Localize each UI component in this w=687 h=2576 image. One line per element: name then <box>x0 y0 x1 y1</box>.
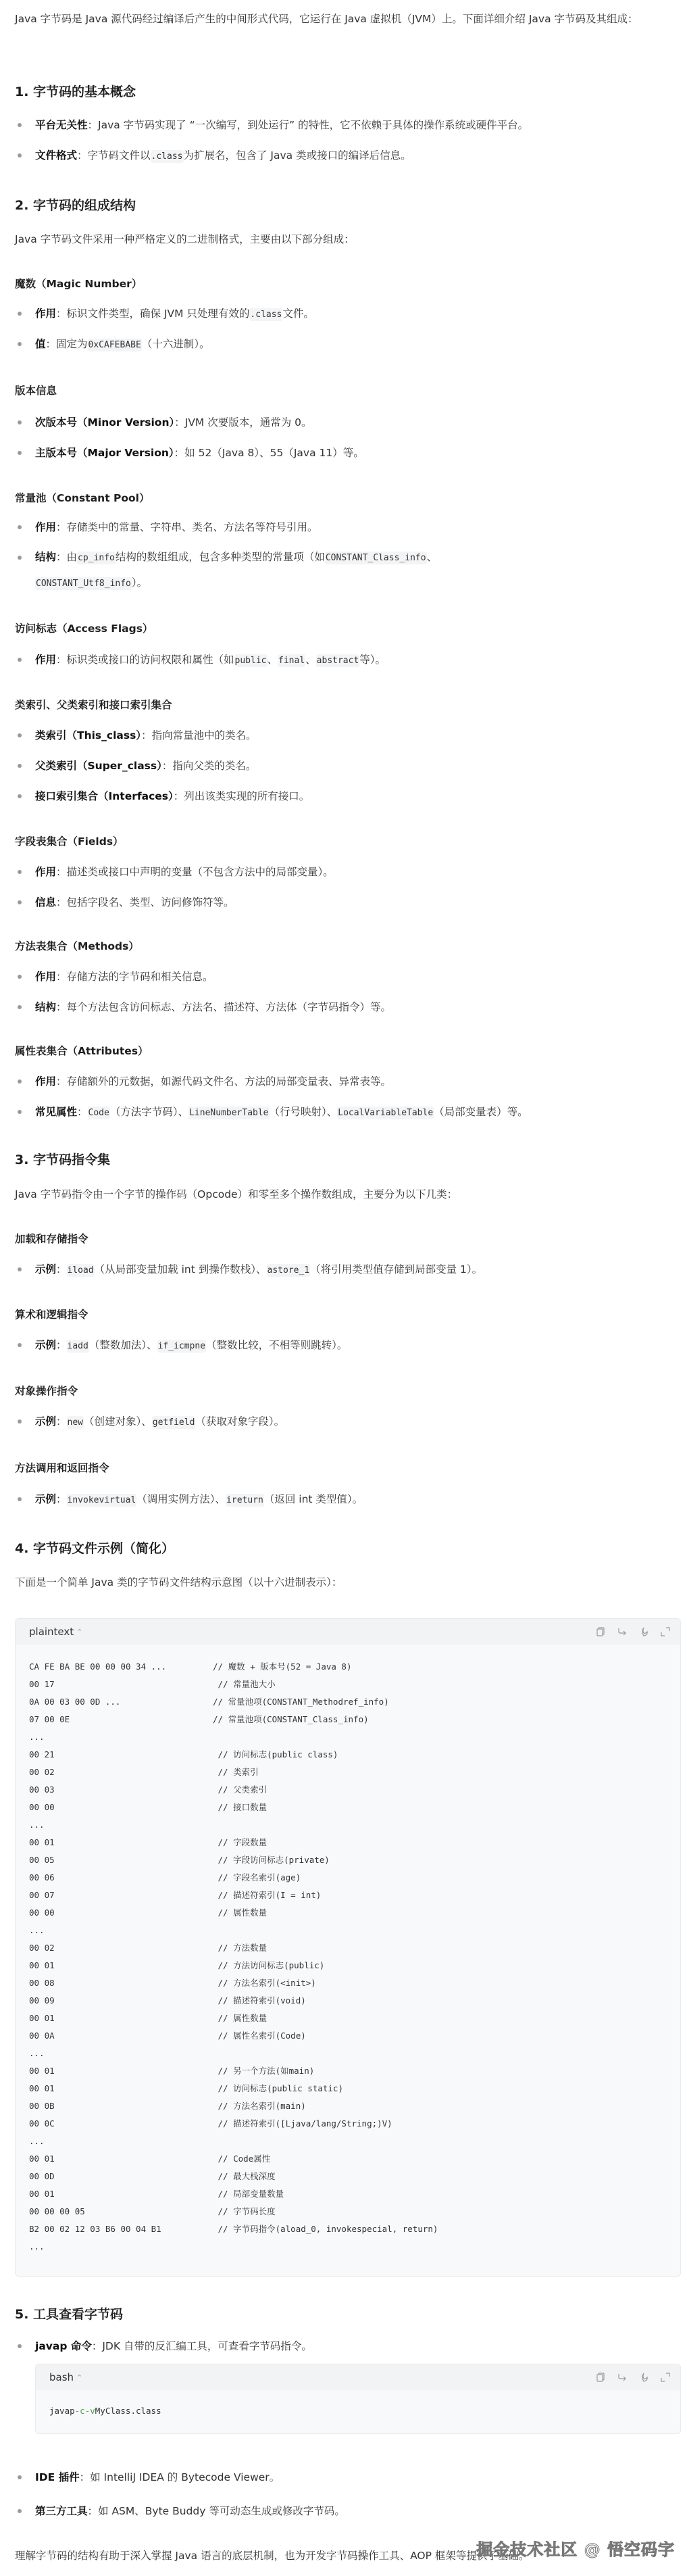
item-text: ：存储额外的元数据，如源代码文件名、方法的局部变量表、异常表等。 <box>56 1075 391 1088</box>
code-line: ... <box>29 1728 667 1746</box>
code-hex: 00 00 <box>29 1799 213 1816</box>
code-body: CA FE BA BE 00 00 00 34 ...// 魔数 + 版本号(5… <box>16 1645 680 2269</box>
code-comment: // 最大栈深度 <box>213 2168 667 2185</box>
code-comment: // 描述符索引([Ljava/lang/String;)V) <box>213 2115 667 2133</box>
item-key: 常见属性 <box>35 1106 77 1118</box>
code-comment: // 常量池项(CONSTANT_Methodref_info) <box>213 1693 667 1711</box>
inline-code: Code <box>88 1107 110 1119</box>
code-hex: 00 01 <box>29 1957 213 1974</box>
list-item: 示例：new（创建对象）、getfield（获取对象字段）。 <box>15 1413 682 1443</box>
code-hex: ... <box>29 1728 213 1746</box>
section-3-intro: Java 字节码指令由一个字节的操作码（Opcode）和零至多个操作数组成，主要… <box>15 1184 457 1206</box>
inline-code: invokevirtual <box>67 1494 137 1507</box>
item-text: （创建对象）、 <box>84 1415 152 1428</box>
code-line: 00 09 // 描述符索引(void) <box>29 1992 667 2010</box>
code-hex: 00 0B <box>29 2097 213 2115</box>
tools-list: IDE 插件：如 IntelliJ IDEA 的 Bytecode Viewer… <box>15 2469 682 2533</box>
code-line: javap -c -v MyClass.class <box>49 2402 667 2420</box>
code-comment <box>213 2238 667 2256</box>
code-comment <box>213 1816 667 1834</box>
code-line: 00 08 // 方法名索引(<init>) <box>29 1974 667 1992</box>
code-comment: // 描述符索引(I = int) <box>213 1887 667 1904</box>
code-hex: 00 02 <box>29 1939 213 1957</box>
object-heading: 对象操作指令 <box>15 1382 78 1400</box>
inline-code: CONSTANT_Utf8_info <box>35 577 132 590</box>
code-toolbar <box>595 2372 671 2383</box>
item-key: 作用 <box>35 1075 56 1088</box>
inline-code: abstract <box>316 654 360 667</box>
code-line: 00 06 // 字段名索引(age) <box>29 1869 667 1887</box>
item-key: 作用 <box>35 971 56 983</box>
code-line: 00 01 // 字段数量 <box>29 1834 667 1851</box>
attributes-list: 作用：存储额外的元数据，如源代码文件名、方法的局部变量表、异常表等。 常见属性：… <box>15 1073 682 1134</box>
code-comment: // 描述符索引(void) <box>213 1992 667 2010</box>
item-key: 信息 <box>35 896 56 908</box>
code-comment: // 类索引 <box>213 1764 667 1781</box>
item-text: 结构的数组组成，包含多种类型的常量项（如 <box>116 551 325 563</box>
code-comment <box>213 1728 667 1746</box>
code-hex: 00 01 <box>29 2150 213 2168</box>
code-hex: 00 01 <box>29 2080 213 2097</box>
item-text: （从局部变量加载 int 到操作数栈）、 <box>95 1263 267 1275</box>
code-hex: 00 08 <box>29 1974 213 1992</box>
inline-code: LineNumberTable <box>188 1107 269 1119</box>
item-text: （将引用类型值存储到局部变量 1）。 <box>310 1263 482 1275</box>
code-comment: // 另一个方法(如main) <box>213 2062 667 2080</box>
inline-code: .class <box>249 308 282 321</box>
list-item: 父类索引（Super_class）：指向父类的类名。 <box>15 757 682 787</box>
code-hex: 00 17 <box>29 1676 213 1693</box>
item-key: 示例 <box>35 1493 56 1505</box>
item-text: （方法字节码）、 <box>110 1106 188 1118</box>
code-comment <box>213 1922 667 1939</box>
code-line: 00 03 // 父类索引 <box>29 1781 667 1799</box>
item-text: ：固定为 <box>46 338 88 350</box>
item-text: （整数加法）、 <box>89 1339 157 1351</box>
code-comment: // 字段名索引(age) <box>213 1869 667 1887</box>
version-list: 次版本号（Minor Version）：JVM 次要版本，通常为 0。 主版本号… <box>15 414 682 475</box>
section-2-intro: Java 字节码文件采用一种严格定义的二进制格式，主要由以下部分组成： <box>15 228 355 251</box>
code-toolbar <box>595 1626 671 1637</box>
item-key: 平台无关性 <box>35 119 88 131</box>
item-text: ：JDK 自带的反汇编工具，可查看字节码指令。 <box>92 2340 312 2352</box>
list-item: 平台无关性：Java 字节码实现了 “一次编写，到处运行” 的特性，它不依赖于具… <box>15 116 682 147</box>
code-block-plaintext: plaintext ⌃ CA FE BA BE 00 00 00 34 .../… <box>15 1618 681 2277</box>
item-key: 文件格式 <box>35 149 77 162</box>
inline-code: CONSTANT_Class_info <box>325 552 427 564</box>
code-line: ... <box>29 2238 667 2256</box>
code-comment: // 魔数 + 版本号(52 = Java 8) <box>213 1658 667 1676</box>
code-line: 00 17 // 常量池大小 <box>29 1676 667 1693</box>
code-line: 00 0B // 方法名索引(main) <box>29 2097 667 2115</box>
code-line: 00 00 00 05 // 字节码长度 <box>29 2203 667 2220</box>
code-hex: ... <box>29 2045 213 2062</box>
item-text: ：Java 字节码实现了 “一次编写，到处运行” 的特性，它不依赖于具体的操作系… <box>88 119 529 131</box>
code-hex: 00 01 <box>29 2062 213 2080</box>
item-key: 示例 <box>35 1415 56 1428</box>
code-hex: 00 21 <box>29 1746 213 1764</box>
list-item: 作用：存储方法的字节码和相关信息。 <box>15 968 682 998</box>
wrap-icon[interactable] <box>617 2372 628 2383</box>
list-item: 常见属性：Code（方法字节码）、LineNumberTable（行号映射）、L… <box>15 1103 682 1134</box>
code-line: 00 01 // 访问标志(public static) <box>29 2080 667 2097</box>
section-2-title: 2. 字节码的组成结构 <box>15 196 136 215</box>
code-hex: 00 00 <box>29 1904 213 1922</box>
code-language-toggle[interactable]: plaintext ⌃ <box>29 1626 82 1638</box>
class-index-list: 类索引（This_class）：指向常量池中的类名。 父类索引（Super_cl… <box>15 727 682 818</box>
inline-code: iadd <box>67 1340 89 1353</box>
version-heading: 版本信息 <box>15 382 57 399</box>
code-hex: 00 03 <box>29 1781 213 1799</box>
attributes-heading: 属性表集合（Attributes） <box>15 1042 149 1060</box>
copy-icon[interactable] <box>595 2372 606 2383</box>
list-item: 示例：invokevirtual（调用实例方法）、ireturn（返回 int … <box>15 1490 682 1521</box>
item-text: 为扩展名，包含了 Java 类或接口的编译后信息。 <box>184 149 411 162</box>
code-comment: // 方法名索引(main) <box>213 2097 667 2115</box>
command-flag: -v <box>85 2402 95 2420</box>
inline-code: astore_1 <box>267 1264 311 1277</box>
item-key: 主版本号（Major Version） <box>35 447 174 459</box>
code-comment: // 字段数量 <box>213 1834 667 1851</box>
code-line: 00 01 // Code属性 <box>29 2150 667 2168</box>
code-hex: B2 00 02 12 03 B6 00 04 B1 <box>29 2220 213 2238</box>
list-item: 作用：存储额外的元数据，如源代码文件名、方法的局部变量表、异常表等。 <box>15 1073 682 1103</box>
item-text: ：描述类或接口中声明的变量（不包含方法中的局部变量）。 <box>56 866 334 878</box>
item-text: ：如 52（Java 8）、55（Java 11）等。 <box>174 447 364 459</box>
code-line: 00 01 // 局部变量数量 <box>29 2185 667 2203</box>
code-hex: ... <box>29 1816 213 1834</box>
code-hex: 00 01 <box>29 1834 213 1851</box>
item-text: ：字节码文件以 <box>77 149 151 162</box>
item-text: ：如 IntelliJ IDEA 的 Bytecode Viewer。 <box>80 2471 280 2483</box>
fullscreen-icon[interactable] <box>660 2372 671 2383</box>
inline-code: LocalVariableTable <box>337 1107 434 1119</box>
class-index-heading: 类索引、父类索引和接口索引集合 <box>15 696 172 714</box>
intro-paragraph: Java 字节码是 Java 源代码经过编译后产生的中间形式代码，它运行在 Ja… <box>15 8 682 30</box>
command-argument: MyClass.class <box>95 2402 161 2420</box>
code-line: 00 21 // 访问标志(public class) <box>29 1746 667 1764</box>
code-comment: // 访问标志(public class) <box>213 1746 667 1764</box>
list-item: 作用：标识类或接口的访问权限和属性（如public、final、abstract… <box>15 651 682 681</box>
list-item: 示例：iload（从局部变量加载 int 到操作数栈）、astore_1（将引用… <box>15 1261 682 1291</box>
section-1-list: 平台无关性：Java 字节码实现了 “一次编写，到处运行” 的特性，它不依赖于具… <box>15 116 682 177</box>
load-store-list: 示例：iload（从局部变量加载 int 到操作数栈）、astore_1（将引用… <box>15 1261 682 1291</box>
code-line: ... <box>29 2045 667 2062</box>
item-key: 作用 <box>35 654 56 666</box>
code-hex: 00 01 <box>29 2185 213 2203</box>
list-item: 结构：由cp_info结构的数组组成，包含多种类型的常量项（如CONSTANT_… <box>15 545 663 596</box>
list-item: 文件格式：字节码文件以.class为扩展名，包含了 Java 类或接口的编译后信… <box>15 147 682 177</box>
item-text: ：指向常量池中的类名。 <box>141 729 257 742</box>
constant-pool-list: 作用：存储类中的常量、字符串、类名、方法名等符号引用。 结构：由cp_info结… <box>15 518 663 596</box>
item-key: 结构 <box>35 1001 56 1013</box>
code-hex: 00 05 <box>29 1851 213 1869</box>
list-item: 主版本号（Major Version）：如 52（Java 8）、55（Java… <box>15 444 682 475</box>
code-hex: 00 01 <box>29 2010 213 2027</box>
code-line: 00 07 // 描述符索引(I = int) <box>29 1887 667 1904</box>
magic-number-list: 作用：标识文件类型，确保 JVM 只处理有效的.class文件。 值：固定为0x… <box>15 305 682 366</box>
code-hex: 00 07 <box>29 1887 213 1904</box>
section-1-title: 1. 字节码的基本概念 <box>15 82 136 101</box>
item-text: 、 <box>268 654 278 666</box>
list-item: 作用：标识文件类型，确保 JVM 只处理有效的.class文件。 <box>15 305 682 335</box>
inline-code: cp_info <box>77 552 116 564</box>
code-hex: 00 0C <box>29 2115 213 2133</box>
item-key: 类索引（This_class） <box>35 729 141 742</box>
code-hex: CA FE BA BE 00 00 00 34 ... <box>29 1658 213 1676</box>
item-key: 值 <box>35 338 46 350</box>
inline-code: 0xCAFEBABE <box>88 339 142 351</box>
list-item: 信息：包括字段名、类型、访问修饰符等。 <box>15 894 682 924</box>
list-item: 结构：每个方法包含访问标志、方法名、描述符、方法体（字节码指令）等。 <box>15 998 682 1029</box>
code-line: ... <box>29 1922 667 1939</box>
inline-code: ireturn <box>226 1494 264 1507</box>
inline-code: public <box>234 654 268 667</box>
item-text: 等）。 <box>359 654 386 666</box>
code-line: 00 0A // 属性名索引(Code) <box>29 2027 667 2045</box>
magic-number-heading: 魔数（Magic Number） <box>15 275 142 293</box>
code-line: 00 0C // 描述符索引([Ljava/lang/String;)V) <box>29 2115 667 2133</box>
arith-list: 示例：iadd（整数加法）、if_icmpne（整数比较，不相等则跳转）。 <box>15 1336 682 1367</box>
item-key: javap 命令 <box>35 2340 92 2352</box>
item-key: 结构 <box>35 551 56 563</box>
code-comment: // 字段访问标志(private) <box>213 1851 667 1869</box>
code-block-header: plaintext ⌃ <box>16 1619 680 1645</box>
code-hex: 0A 00 03 00 0D ... <box>29 1693 213 1711</box>
code-language-toggle[interactable]: bash ⌃ <box>49 2371 82 2383</box>
list-item: 类索引（This_class）：指向常量池中的类名。 <box>15 727 682 757</box>
methods-list: 作用：存储方法的字节码和相关信息。 结构：每个方法包含访问标志、方法名、描述符、… <box>15 968 682 1029</box>
arith-heading: 算术和逻辑指令 <box>15 1306 88 1323</box>
code-block-header: bash ⌃ <box>36 2364 680 2390</box>
code-hex: 00 06 <box>29 1869 213 1887</box>
item-text: 、 <box>427 551 438 563</box>
code-line: 00 02 // 类索引 <box>29 1764 667 1781</box>
list-item: IDE 插件：如 IntelliJ IDEA 的 Bytecode Viewer… <box>15 2469 682 2502</box>
section-3-title: 3. 字节码指令集 <box>15 1150 110 1169</box>
item-key: 示例 <box>35 1339 56 1351</box>
code-comment: // 方法数量 <box>213 1939 667 1957</box>
code-comment: // 接口数量 <box>213 1799 667 1816</box>
invoke-list: 示例：invokevirtual（调用实例方法）、ireturn（返回 int … <box>15 1490 682 1521</box>
inline-code: .class <box>151 150 184 163</box>
inline-code: getfield <box>152 1416 196 1429</box>
command: javap <box>49 2402 75 2420</box>
code-line: 00 05 // 字段访问标志(private) <box>29 1851 667 1869</box>
code-comment: // 局部变量数量 <box>213 2185 667 2203</box>
section-4-intro: 下面是一个简单 Java 类的字节码文件结构示意图（以十六进制表示）： <box>15 1572 342 1594</box>
item-text: ：存储方法的字节码和相关信息。 <box>56 971 213 983</box>
item-key: 作用 <box>35 521 56 533</box>
copy-icon[interactable] <box>595 1626 606 1637</box>
item-text: ：JVM 次要版本，通常为 0。 <box>174 416 311 429</box>
chevron-up-icon: ⌃ <box>76 1628 82 1636</box>
code-line: 00 00 // 属性数量 <box>29 1904 667 1922</box>
code-language-label: plaintext <box>29 1626 74 1638</box>
item-text: ：如 ASM、Byte Buddy 等可动态生成或修改字节码。 <box>88 2505 345 2517</box>
item-text: （局部变量表）等。 <box>434 1106 528 1118</box>
load-store-heading: 加载和存储指令 <box>15 1230 88 1248</box>
item-text: ： <box>77 1106 88 1118</box>
code-comment: // 方法访问标志(public) <box>213 1957 667 1974</box>
code-hex: ... <box>29 2133 213 2150</box>
access-flags-heading: 访问标志（Access Flags） <box>15 620 153 637</box>
item-text: （获取对象字段）。 <box>195 1415 284 1428</box>
theme-moon-icon[interactable] <box>638 1626 649 1637</box>
item-key: 接口索引集合（Interfaces） <box>35 790 174 802</box>
list-item: 第三方工具：如 ASM、Byte Buddy 等可动态生成或修改字节码。 <box>15 2502 682 2533</box>
item-text: ：每个方法包含访问标志、方法名、描述符、方法体（字节码指令）等。 <box>56 1001 391 1013</box>
access-flags-list: 作用：标识类或接口的访问权限和属性（如public、final、abstract… <box>15 651 682 681</box>
item-text: ：标识文件类型，确保 JVM 只处理有效的 <box>56 308 249 320</box>
item-key: 次版本号（Minor Version） <box>35 416 174 429</box>
fields-heading: 字段表集合（Fields） <box>15 833 124 850</box>
item-text: ：存储类中的常量、字符串、类名、方法名等符号引用。 <box>56 521 318 533</box>
code-comment: // 父类索引 <box>213 1781 667 1799</box>
code-line: ... <box>29 2133 667 2150</box>
code-hex: 00 0D <box>29 2168 213 2185</box>
section-5-title: 5. 工具查看字节码 <box>15 2305 123 2324</box>
code-comment: // 属性名索引(Code) <box>213 2027 667 2045</box>
item-text: 文件。 <box>282 308 314 320</box>
item-text: （行号映射）、 <box>270 1106 338 1118</box>
item-key: 作用 <box>35 866 56 878</box>
item-text: （十六进制）。 <box>142 338 210 350</box>
code-hex: ... <box>29 1922 213 1939</box>
code-hex: 00 09 <box>29 1992 213 2010</box>
item-key: IDE 插件 <box>35 2471 80 2483</box>
theme-moon-icon[interactable] <box>638 2372 649 2383</box>
wrap-icon[interactable] <box>617 1626 628 1637</box>
code-comment <box>213 2133 667 2150</box>
code-line: 0A 00 03 00 0D ...// 常量池项(CONSTANT_Metho… <box>29 1693 667 1711</box>
code-line: 00 0D // 最大栈深度 <box>29 2168 667 2185</box>
invoke-heading: 方法调用和返回指令 <box>15 1459 109 1477</box>
item-key: 示例 <box>35 1263 56 1275</box>
code-hex: ... <box>29 2238 213 2256</box>
conclusion-paragraph: 理解字节码的结构有助于深入掌握 Java 语言的底层机制，也为开发字节码操作工具… <box>15 2545 529 2567</box>
methods-heading: 方法表集合（Methods） <box>15 938 139 955</box>
item-key: 父类索引（Super_class） <box>35 760 162 772</box>
code-line: 00 00 // 接口数量 <box>29 1799 667 1816</box>
list-item: 次版本号（Minor Version）：JVM 次要版本，通常为 0。 <box>15 414 682 444</box>
item-text: 、 <box>305 654 316 666</box>
code-line: 00 02 // 方法数量 <box>29 1939 667 1957</box>
code-hex: 00 00 00 05 <box>29 2203 213 2220</box>
chevron-up-icon: ⌃ <box>76 2373 82 2382</box>
code-comment: // 常量池项(CONSTANT_Class_info) <box>213 1711 667 1728</box>
item-text: ：列出该类实现的所有接口。 <box>174 790 310 802</box>
section-4-title: 4. 字节码文件示例（简化） <box>15 1539 174 1558</box>
code-line: 00 01 // 另一个方法(如main) <box>29 2062 667 2080</box>
code-comment: // Code属性 <box>213 2150 667 2168</box>
item-text: （调用实例方法）、 <box>136 1493 226 1505</box>
item-key: 作用 <box>35 308 56 320</box>
fields-list: 作用：描述类或接口中声明的变量（不包含方法中的局部变量）。 信息：包括字段名、类… <box>15 863 682 924</box>
code-comment <box>213 2045 667 2062</box>
list-item: 接口索引集合（Interfaces）：列出该类实现的所有接口。 <box>15 787 682 818</box>
code-body: javap -c -v MyClass.class <box>36 2390 680 2432</box>
code-hex: 00 0A <box>29 2027 213 2045</box>
item-text: （整数比较，不相等则跳转）。 <box>206 1339 347 1351</box>
code-block-bash: bash ⌃ javap -c -v MyClass.class <box>35 2364 681 2434</box>
list-item: 示例：iadd（整数加法）、if_icmpne（整数比较，不相等则跳转）。 <box>15 1336 682 1367</box>
code-line: 00 01 // 属性数量 <box>29 2010 667 2027</box>
code-comment: // 常量池大小 <box>213 1676 667 1693</box>
code-language-label: bash <box>49 2371 74 2383</box>
item-text: ：包括字段名、类型、访问修饰符等。 <box>56 896 234 908</box>
item-text: ：指向父类的类名。 <box>162 760 257 772</box>
code-hex: 00 02 <box>29 1764 213 1781</box>
inline-code: new <box>67 1416 84 1429</box>
code-comment: // 字节码长度 <box>213 2203 667 2220</box>
code-comment: // 属性数量 <box>213 2010 667 2027</box>
item-text: （返回 int 类型值）。 <box>264 1493 363 1505</box>
command-flag: -c <box>75 2402 85 2420</box>
list-item: 值：固定为0xCAFEBABE（十六进制）。 <box>15 335 682 366</box>
code-hex: 07 00 0E <box>29 1711 213 1728</box>
inline-code: final <box>278 654 305 667</box>
code-comment: // 访问标志(public static) <box>213 2080 667 2097</box>
code-comment: // 方法名索引(<init>) <box>213 1974 667 1992</box>
code-line: ... <box>29 1816 667 1834</box>
inline-code: iload <box>67 1264 95 1277</box>
code-line: 07 00 0E// 常量池项(CONSTANT_Class_info) <box>29 1711 667 1728</box>
item-key: 第三方工具 <box>35 2505 88 2517</box>
object-list: 示例：new（创建对象）、getfield（获取对象字段）。 <box>15 1413 682 1443</box>
code-line: 00 01 // 方法访问标志(public) <box>29 1957 667 1974</box>
code-comment: // 属性数量 <box>213 1904 667 1922</box>
list-item: 作用：描述类或接口中声明的变量（不包含方法中的局部变量）。 <box>15 863 682 894</box>
item-text: ：标识类或接口的访问权限和属性（如 <box>56 654 234 666</box>
fullscreen-icon[interactable] <box>660 1626 671 1637</box>
item-text: ：由 <box>56 551 77 563</box>
inline-code: if_icmpne <box>157 1340 206 1353</box>
code-comment: // 字节码指令(aload_0, invokespecial, return) <box>213 2220 667 2238</box>
constant-pool-heading: 常量池（Constant Pool） <box>15 489 149 507</box>
item-text: ）。 <box>132 577 147 589</box>
code-line: CA FE BA BE 00 00 00 34 ...// 魔数 + 版本号(5… <box>29 1658 667 1676</box>
code-line: B2 00 02 12 03 B6 00 04 B1 // 字节码指令(aloa… <box>29 2220 667 2238</box>
